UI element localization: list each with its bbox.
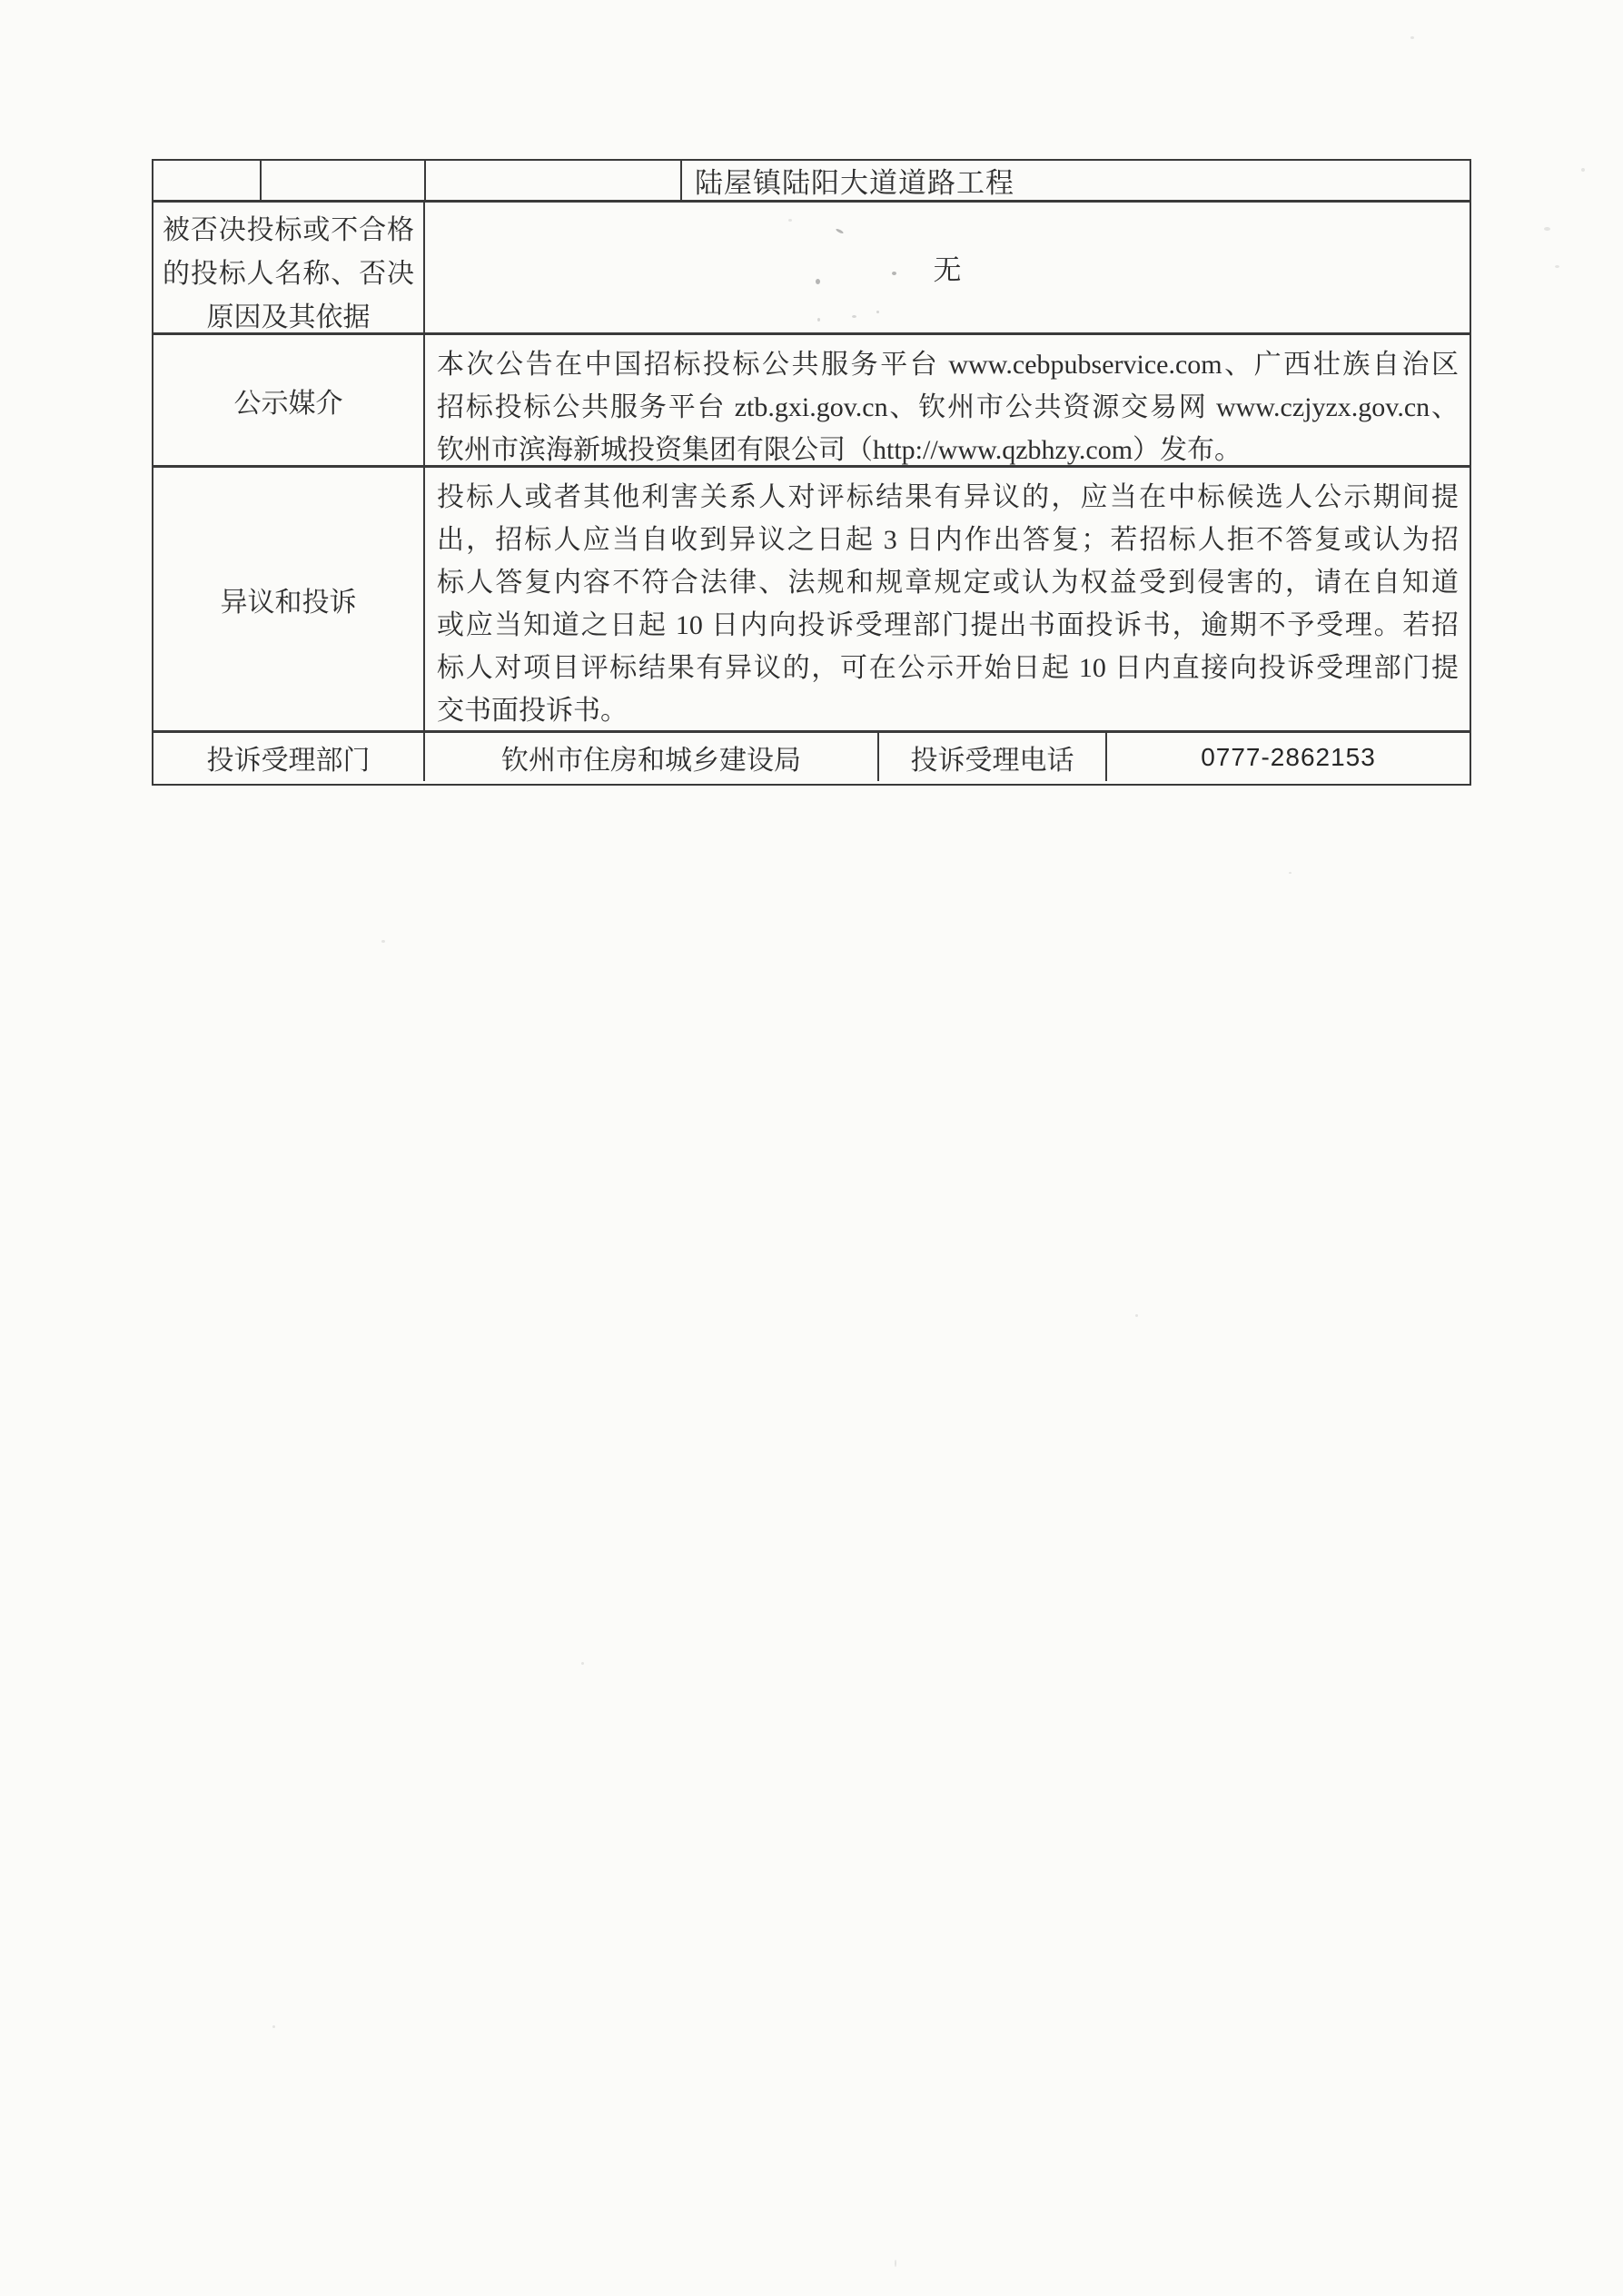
table-row-project-name: 陆屋镇陆阳大道道路工程 bbox=[153, 161, 1470, 203]
scan-noise-speck bbox=[788, 219, 792, 222]
complaint-phone-label: 投诉受理电话 bbox=[879, 733, 1107, 781]
rejected-bidders-value-text: 无 bbox=[934, 247, 962, 288]
scan-noise-speck bbox=[892, 272, 896, 275]
project-name-text: 陆屋镇陆阳大道道路工程 bbox=[695, 161, 1014, 200]
table-row-complaint-acceptance: 投诉受理部门 钦州市住房和城乡建设局 投诉受理电话 0777-2862153 bbox=[153, 733, 1470, 781]
text-line: 招标投标公共服务平台 ztb.gxi.gov.cn、钦州市公共资源交易网 www… bbox=[437, 386, 1459, 429]
text-line: 交书面投诉书。 bbox=[437, 689, 1459, 730]
empty-cell bbox=[426, 161, 682, 200]
scan-noise-speck bbox=[876, 311, 879, 313]
complaint-dept-value: 钦州市住房和城乡建设局 bbox=[425, 733, 879, 781]
text-line: 的投标人名称、否决 bbox=[163, 252, 414, 296]
text-line: 钦州市滨海新城投资集团有限公司（http://www.qzbhzy.com）发布… bbox=[437, 429, 1459, 465]
scan-noise-speck bbox=[381, 940, 385, 943]
publicity-media-content: 本次公告在中国招标投标公共服务平台 www.cebpubservice.com、… bbox=[425, 335, 1470, 465]
text-line: 标人对项目评标结果有异议的，可在公示开始日起 10 日内直接向投诉受理部门提 bbox=[437, 647, 1459, 689]
publicity-media-label: 公示媒介 bbox=[153, 335, 425, 465]
scan-noise-speck bbox=[816, 279, 820, 284]
scan-noise-speck bbox=[852, 315, 856, 318]
objection-content: 投标人或者其他利害关系人对评标结果有异议的，应当在中标候选人公示期间提 出，招标… bbox=[425, 468, 1470, 730]
scan-noise-speck bbox=[1289, 872, 1291, 874]
table-row-objection-complaint: 异议和投诉 投标人或者其他利害关系人对评标结果有异议的，应当在中标候选人公示期间… bbox=[153, 468, 1470, 733]
table-row-rejected-bidders: 被否决投标或不合格 的投标人名称、否决 原因及其依据 无 bbox=[153, 203, 1470, 335]
rejected-bidders-value: 无 bbox=[425, 203, 1470, 332]
text-line: 或应当知道之日起 10 日内向投诉受理部门提出书面投诉书，逾期不予受理。若招 bbox=[437, 604, 1459, 647]
rejected-bidders-label: 被否决投标或不合格 的投标人名称、否决 原因及其依据 bbox=[153, 203, 425, 332]
objection-label: 异议和投诉 bbox=[153, 468, 425, 730]
scan-noise-speck bbox=[1555, 265, 1559, 268]
scan-noise-speck bbox=[1135, 1314, 1138, 1317]
scan-noise-speck bbox=[1410, 36, 1414, 39]
text-line: 本次公告在中国招标投标公共服务平台 www.cebpubservice.com、… bbox=[437, 343, 1459, 386]
complaint-dept-label: 投诉受理部门 bbox=[153, 733, 425, 781]
scanned-document-page: 陆屋镇陆阳大道道路工程 被否决投标或不合格 的投标人名称、否决 原因及其依据 无 bbox=[0, 0, 1623, 2296]
scan-noise-speck bbox=[1544, 227, 1550, 231]
empty-cell bbox=[262, 161, 426, 200]
scan-noise-speck bbox=[817, 318, 820, 322]
text-line: 原因及其依据 bbox=[163, 296, 414, 332]
table-row-publicity-media: 公示媒介 本次公告在中国招标投标公共服务平台 www.cebpubservice… bbox=[153, 335, 1470, 468]
text-line: 被否决投标或不合格 bbox=[163, 209, 414, 252]
scan-noise-speck bbox=[581, 1662, 584, 1665]
scan-noise-speck bbox=[895, 2260, 896, 2267]
complaint-phone-value: 0777-2862153 bbox=[1107, 733, 1470, 781]
text-line: 投标人或者其他利害关系人对评标结果有异议的，应当在中标候选人公示期间提 bbox=[437, 476, 1459, 519]
scan-noise-speck bbox=[1581, 168, 1585, 172]
project-name-cell: 陆屋镇陆阳大道道路工程 bbox=[682, 161, 1470, 200]
text-line: 标人答复内容不符合法律、法规和规章规定或认为权益受到侵害的，请在自知道 bbox=[437, 561, 1459, 604]
scan-noise-speck bbox=[272, 2025, 275, 2028]
empty-cell bbox=[153, 161, 262, 200]
text-line: 出，招标人应当自收到异议之日起 3 日内作出答复；若招标人拒不答复或认为招 bbox=[437, 519, 1459, 561]
scan-noise-speck bbox=[836, 228, 844, 234]
bid-evaluation-result-table: 陆屋镇陆阳大道道路工程 被否决投标或不合格 的投标人名称、否决 原因及其依据 无 bbox=[152, 159, 1471, 786]
